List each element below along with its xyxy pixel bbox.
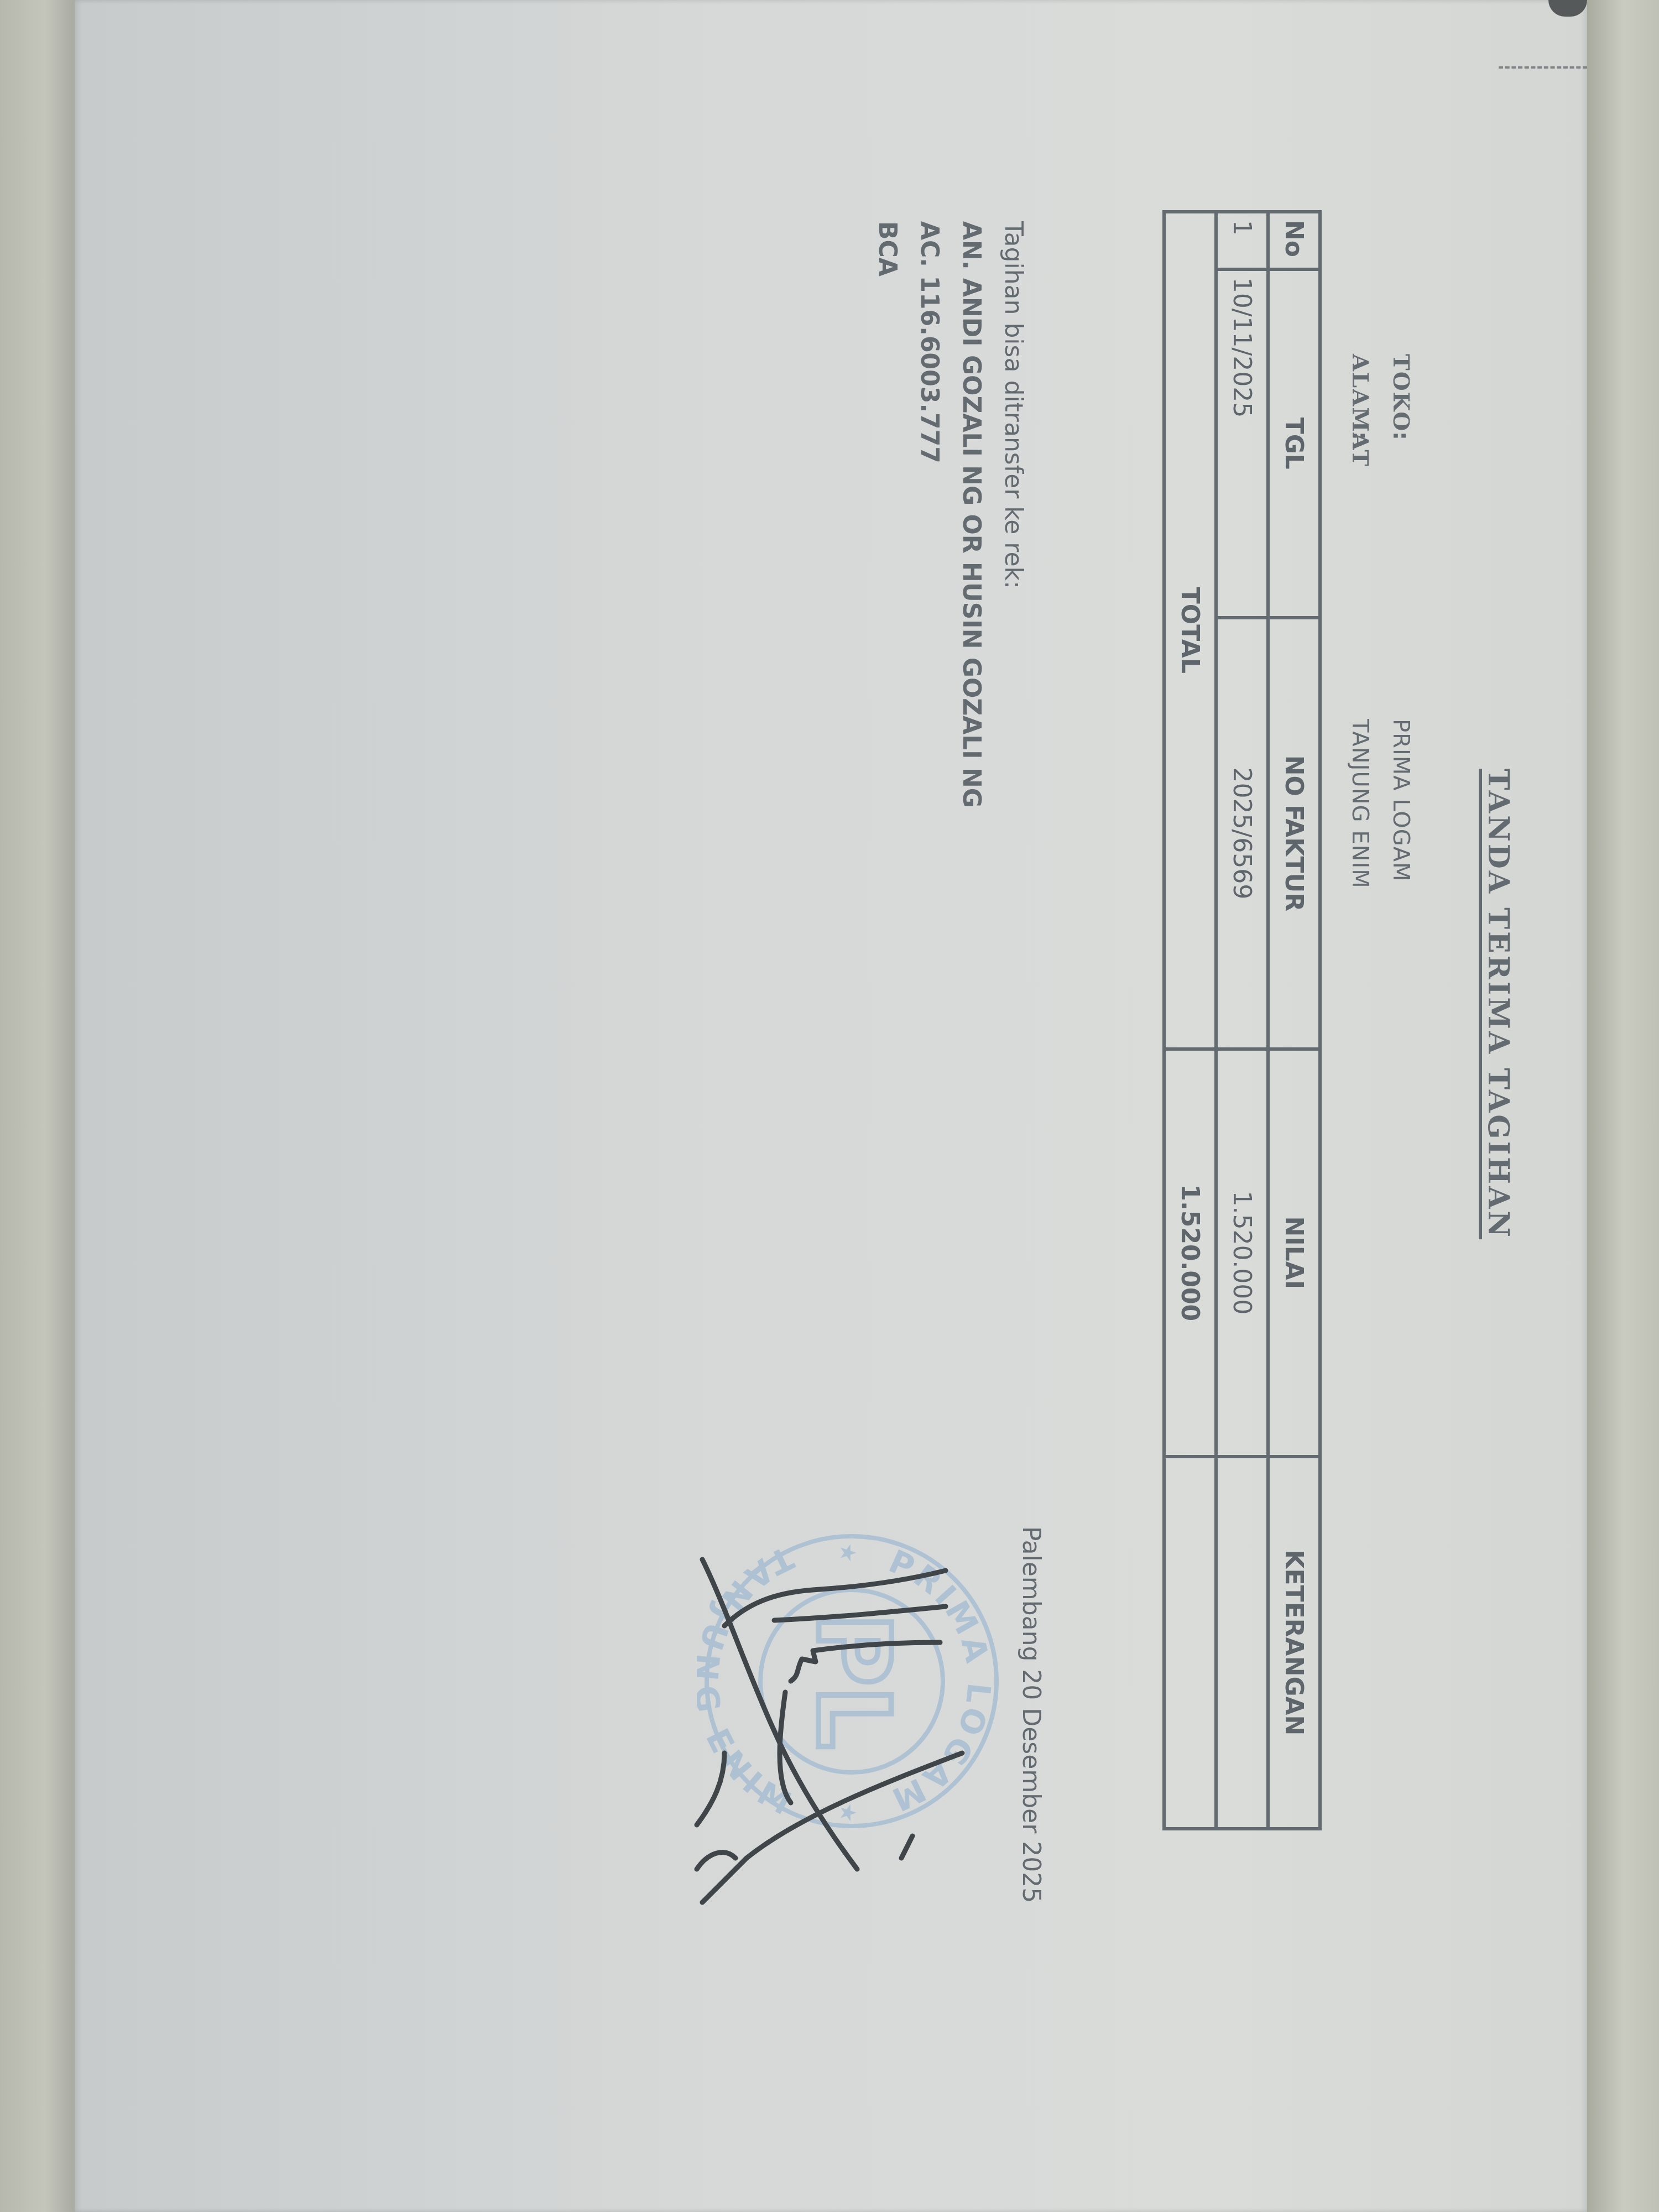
invoice-receipt-document: TANDA TERIMA TAGIHAN TOKO : PRIMA LOGAM … (75, 0, 1587, 2212)
table-row: 1 10/11/2025 2025/6569 1.520.000 (1216, 212, 1268, 1829)
desk-surface-left (0, 0, 75, 2212)
total-remarks (1164, 1457, 1216, 1829)
handwritten-signature-icon (647, 1493, 1034, 1913)
bank-name: BCA (866, 221, 908, 808)
row-date: 10/11/2025 (1216, 269, 1268, 618)
address-colon: : (1339, 431, 1380, 719)
account-name: AN. ANDI GOZALI NG OR HUSIN GOZALI NG (950, 221, 992, 808)
address-value: TANJUNG ENIM (1339, 719, 1380, 889)
account-number: AC. 116.6003.777 (908, 221, 950, 808)
header-amount: NILAI (1268, 1049, 1320, 1457)
header-no: No (1268, 212, 1320, 269)
table-header-row: No TGL NO FAKTUR NILAI KETERANGAN (1268, 212, 1320, 1829)
store-colon: : (1380, 431, 1421, 719)
row-invoice-number: 2025/6569 (1216, 618, 1268, 1049)
store-label: TOKO (1380, 354, 1421, 431)
header-remarks: KETERANGAN (1268, 1457, 1320, 1829)
desk-surface-right (1587, 0, 1659, 2212)
total-row: TOTAL 1.520.000 (1164, 212, 1216, 1829)
invoice-table: No TGL NO FAKTUR NILAI KETERANGAN 1 10/1… (1162, 210, 1322, 1830)
store-info: TOKO : PRIMA LOGAM ALAMAT : TANJUNG ENIM (1339, 354, 1421, 889)
payment-intro: Tagihan bisa ditransfer ke rek: (992, 221, 1034, 808)
row-amount: 1.520.000 (1216, 1049, 1268, 1457)
store-row: TOKO : PRIMA LOGAM (1380, 354, 1421, 889)
header-date: TGL (1268, 269, 1320, 618)
total-label: TOTAL (1164, 212, 1216, 1049)
address-label: ALAMAT (1339, 354, 1380, 431)
row-no: 1 (1216, 212, 1268, 269)
total-amount: 1.520.000 (1164, 1049, 1216, 1457)
document-title: TANDA TERIMA TAGIHAN (1481, 769, 1515, 1239)
payment-instructions: Tagihan bisa ditransfer ke rek: AN. ANDI… (866, 221, 1034, 808)
header-invoice-number: NO FAKTUR (1268, 618, 1320, 1049)
address-row: ALAMAT : TANJUNG ENIM (1339, 354, 1380, 889)
row-remarks (1216, 1457, 1268, 1829)
store-value: PRIMA LOGAM (1380, 719, 1421, 882)
